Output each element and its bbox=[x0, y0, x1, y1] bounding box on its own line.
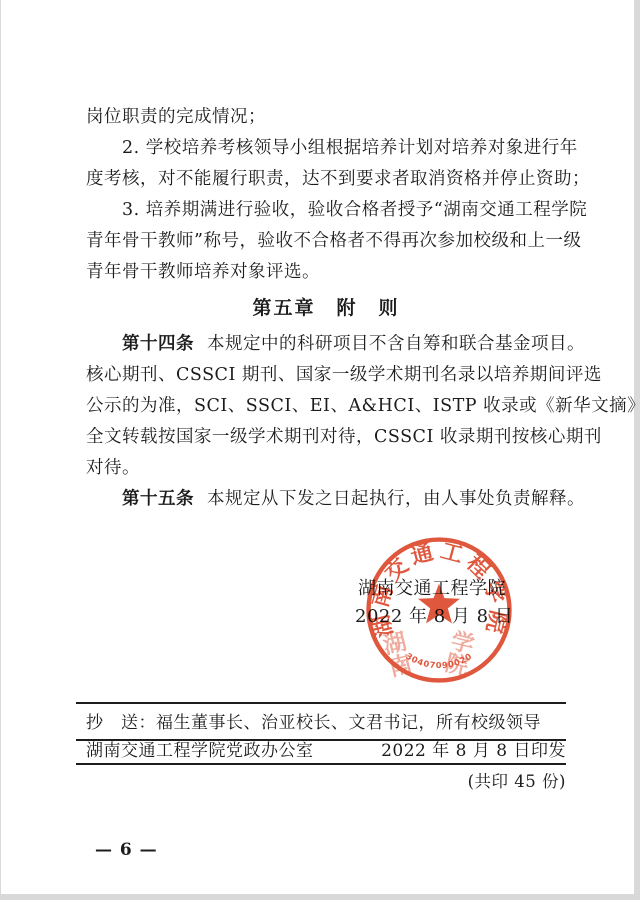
official-seal: 湖南交通工程学院 4304070900203 湖南 学院 bbox=[365, 536, 513, 684]
footer-divider bbox=[76, 763, 566, 765]
document-body: 岗位职责的完成情况； 2. 学校培养考核领导小组根据培养计划对培养对象进行年 度… bbox=[86, 102, 566, 515]
article-14-line: 公示的为准，SCI、SSCI、EI、A&HCI、ISTP 收录或《新华文摘》 bbox=[86, 391, 566, 422]
body-line: 岗位职责的完成情况； bbox=[86, 102, 566, 133]
body-line: 青年骨干教师培养对象评选。 bbox=[86, 257, 566, 288]
article-14-text: 本规定中的科研项目不含自筹和联合基金项目。 bbox=[207, 334, 585, 354]
footer-divider bbox=[76, 702, 566, 704]
article-14-line: 对待。 bbox=[86, 453, 566, 484]
copy-to-line: 抄 送：福生董事长、治亚校长、文君书记，所有校级领导 bbox=[86, 708, 566, 738]
document-page: 岗位职责的完成情况； 2. 学校培养考核领导小组根据培养计划对培养对象进行年 度… bbox=[1, 0, 634, 894]
body-line: 3. 培养期满进行验收，验收合格者授予“湖南交通工程学院 bbox=[86, 195, 566, 226]
print-date: 2022 年 8 月 8 日印发 bbox=[381, 740, 566, 762]
body-line: 青年骨干教师”称号，验收不合格者不得再次参加校级和上一级 bbox=[86, 226, 566, 257]
page-number: — 6 — bbox=[95, 840, 158, 860]
article-15-number: 第十五条 bbox=[122, 489, 194, 509]
seal-star-icon bbox=[418, 584, 460, 624]
body-line: 2. 学校培养考核领导小组根据培养计划对培养对象进行年 bbox=[86, 133, 566, 164]
print-copies: (共印 45 份) bbox=[86, 768, 566, 792]
article-14-line: 核心期刊、CSSCI 期刊、国家一级学术期刊名录以培养期间评选 bbox=[86, 360, 566, 391]
article-15-text: 本规定从下发之日起执行，由人事处负责解释。 bbox=[207, 489, 585, 509]
copy-to-recipients: 福生董事长、治亚校长、文君书记，所有校级领导 bbox=[156, 713, 541, 733]
seal-ghost-left: 湖南 bbox=[377, 629, 414, 681]
issuer-line: 湖南交通工程学院党政办公室 2022 年 8 月 8 日印发 bbox=[86, 740, 566, 762]
chapter-heading: 第五章 附 则 bbox=[86, 293, 566, 324]
article-14-number: 第十四条 bbox=[122, 334, 194, 354]
issuing-office: 湖南交通工程学院党政办公室 bbox=[86, 740, 314, 762]
body-line: 度考核，对不能履行职责，达不到要求者取消资格并停止资助； bbox=[86, 164, 566, 195]
article-14-line: 全文转载按国家一级学术期刊对待，CSSCI 收录期刊按核心期刊 bbox=[86, 422, 566, 453]
copy-to-label: 抄 送： bbox=[86, 713, 156, 733]
article-15-line: 第十五条本规定从下发之日起执行，由人事处负责解释。 bbox=[86, 484, 566, 515]
article-14-line: 第十四条本规定中的科研项目不含自筹和联合基金项目。 bbox=[86, 329, 566, 360]
